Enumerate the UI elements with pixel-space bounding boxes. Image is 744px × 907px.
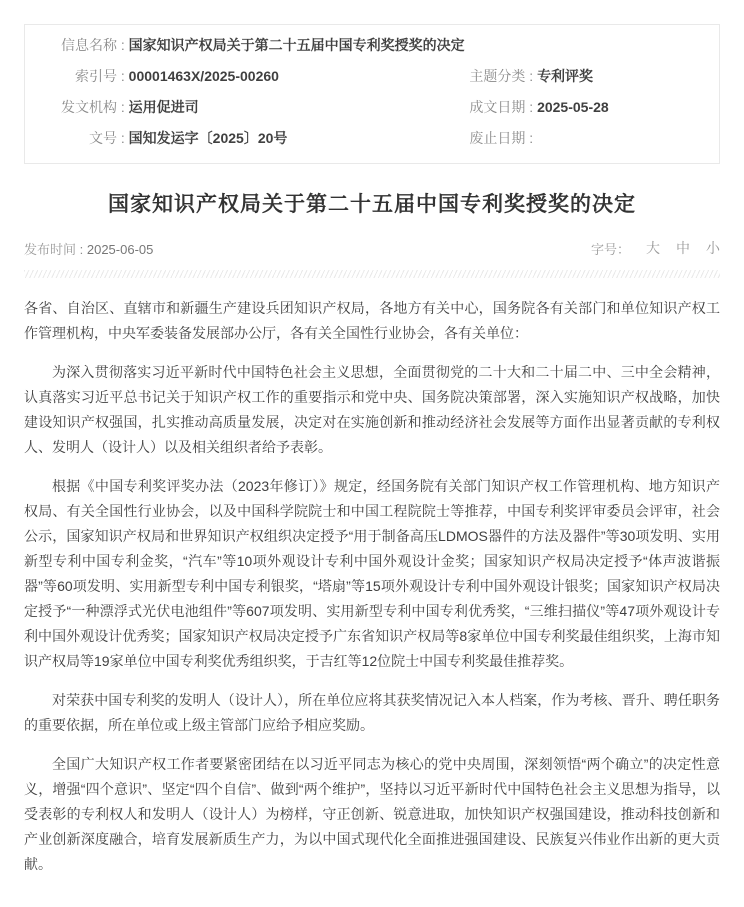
- colon-separator: :: [76, 242, 87, 257]
- colon-separator: :: [117, 61, 129, 92]
- publish-time-value: 2025-06-05: [87, 242, 154, 257]
- colon-separator: :: [525, 123, 537, 154]
- colon-separator: :: [525, 92, 537, 123]
- colon-separator: :: [525, 61, 537, 92]
- body-paragraph: 根据《中国专利奖评奖办法（2023年修订）》规定，经国务院有关部门知识产权工作管…: [24, 474, 720, 674]
- fontsize-control: 字号： 大 中 小: [591, 238, 720, 258]
- info-row: 索引号 : 00001463X/2025-00260 主题分类 : 专利评奖: [25, 61, 719, 92]
- info-label-repeal: 废止日期: [441, 123, 525, 154]
- info-row: 发文机构 : 运用促进司 成文日期 : 2025-05-28: [25, 92, 719, 123]
- info-field-name: 信息名称 : 国家知识产权局关于第二十五届中国专利奖授奖的决定: [25, 30, 719, 61]
- colon-separator: :: [117, 92, 129, 123]
- article-body: 各省、自治区、直辖市和新疆生产建设兵团知识产权局，各地方有关中心，国务院各有关部…: [24, 296, 720, 877]
- info-value-docnum: 国知发运字〔2025〕20号: [129, 123, 288, 154]
- publish-time: 发布时间 : 2025-06-05: [24, 239, 153, 258]
- page: 信息名称 : 国家知识产权局关于第二十五届中国专利奖授奖的决定 索引号 : 00…: [0, 0, 744, 907]
- fontsize-option-medium[interactable]: 中: [676, 238, 690, 258]
- publish-time-label: 发布时间: [24, 242, 76, 257]
- info-label-topic: 主题分类: [441, 61, 525, 92]
- info-value-name: 国家知识产权局关于第二十五届中国专利奖授奖的决定: [129, 30, 465, 61]
- page-title: 国家知识产权局关于第二十五届中国专利奖授奖的决定: [60, 190, 684, 220]
- info-label-agency: 发文机构: [25, 92, 117, 123]
- info-label-index: 索引号: [25, 61, 117, 92]
- info-value-agency: 运用促进司: [129, 92, 199, 123]
- info-value-topic: 专利评奖: [537, 61, 593, 92]
- info-field-date: 成文日期 : 2025-05-28: [441, 92, 719, 123]
- info-field-index: 索引号 : 00001463X/2025-00260: [25, 61, 441, 92]
- info-row: 文号 : 国知发运字〔2025〕20号 废止日期 :: [25, 123, 719, 154]
- body-paragraph: 为深入贯彻落实习近平新时代中国特色社会主义思想，全面贯彻党的二十大和二十届二中、…: [24, 360, 720, 460]
- info-field-repeal: 废止日期 :: [441, 123, 719, 154]
- fontsize-option-small[interactable]: 小: [706, 238, 720, 258]
- body-paragraph: 全国广大知识产权工作者要紧密团结在以习近平同志为核心的党中央周围，深刻领悟“两个…: [24, 752, 720, 877]
- info-value-date: 2025-05-28: [537, 92, 609, 123]
- colon-separator: :: [117, 123, 129, 154]
- info-field-topic: 主题分类 : 专利评奖: [441, 61, 719, 92]
- info-field-agency: 发文机构 : 运用促进司: [25, 92, 441, 123]
- section-divider: [24, 270, 720, 278]
- info-value-index: 00001463X/2025-00260: [129, 61, 279, 92]
- info-label-docnum: 文号: [25, 123, 117, 154]
- info-label-name: 信息名称: [25, 30, 117, 61]
- info-row: 信息名称 : 国家知识产权局关于第二十五届中国专利奖授奖的决定: [25, 30, 719, 61]
- body-paragraph: 各省、自治区、直辖市和新疆生产建设兵团知识产权局，各地方有关中心，国务院各有关部…: [24, 296, 720, 346]
- info-label-date: 成文日期: [441, 92, 525, 123]
- document-info-box: 信息名称 : 国家知识产权局关于第二十五届中国专利奖授奖的决定 索引号 : 00…: [24, 24, 720, 164]
- fontsize-option-large[interactable]: 大: [646, 238, 660, 258]
- colon-separator: :: [117, 30, 129, 61]
- fontsize-label: 字号：: [591, 239, 630, 258]
- body-paragraph: 对荣获中国专利奖的发明人（设计人），所在单位应将其获奖情况记入本人档案，作为考核…: [24, 688, 720, 738]
- info-field-docnum: 文号 : 国知发运字〔2025〕20号: [25, 123, 441, 154]
- article-meta-row: 发布时间 : 2025-06-05 字号： 大 中 小: [24, 238, 720, 258]
